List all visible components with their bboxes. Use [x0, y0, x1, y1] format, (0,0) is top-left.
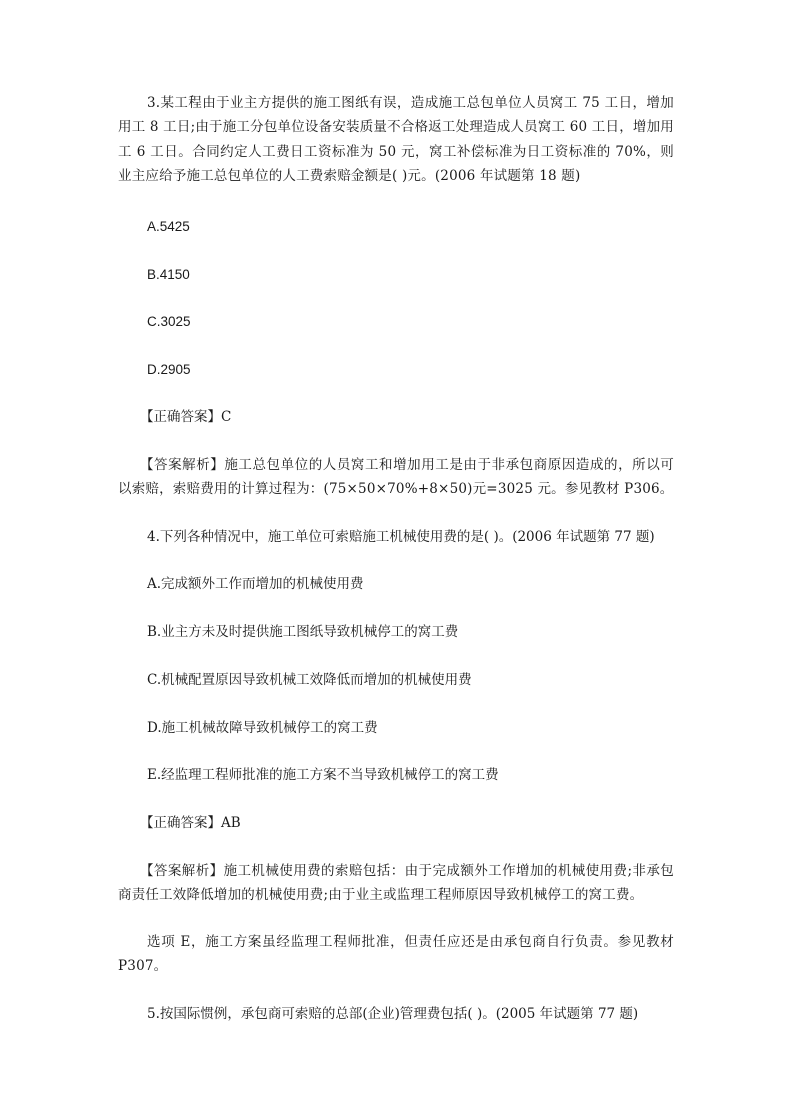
question-4-stem: 4.下列各种情况中，施工单位可索赔施工机械使用费的是( )。(2006 年试题第…: [147, 525, 655, 549]
question-4-option-b: B.业主方未及时提供施工图纸导致机械停工的窝工费: [147, 620, 458, 644]
question-4-option-c: C.机械配置原因导致机械工效降低而增加的机械使用费: [147, 668, 472, 692]
question-5-stem: 5.按国际惯例，承包商可索赔的总部(企业)管理费包括( )。(2005 年试题第…: [147, 1002, 638, 1026]
question-4-option-a: A.完成额外工作而增加的机械使用费: [147, 572, 364, 596]
question-3-option-d: D.2905: [147, 358, 191, 382]
question-3-stem: 3.某工程由于业主方提供的施工图纸有误，造成施工总包单位人员窝工 75 工日，增…: [118, 91, 674, 188]
question-3-correct-answer: 【正确答案】C: [140, 405, 231, 429]
question-4-correct-answer: 【正确答案】AB: [140, 811, 241, 835]
question-4-note: 选项 E，施工方案虽经监理工程师批准，但责任应还是由承包商自行负责。参见教材 P…: [118, 930, 674, 979]
question-3-option-c: C.3025: [147, 310, 191, 334]
question-3-option-b: B.4150: [147, 263, 190, 287]
question-3-analysis: 【答案解析】施工总包单位的人员窝工和增加用工是由于非承包商原因造成的，所以可以索…: [118, 453, 674, 502]
question-4-analysis: 【答案解析】施工机械使用费的索赔包括：由于完成额外工作增加的机械使用费;非承包商…: [118, 859, 674, 908]
question-3-option-a: A.5425: [147, 215, 190, 239]
question-4-option-e: E.经监理工程师批准的施工方案不当导致机械停工的窝工费: [147, 763, 499, 787]
question-4-option-d: D.施工机械故障导致机械停工的窝工费: [147, 716, 378, 740]
